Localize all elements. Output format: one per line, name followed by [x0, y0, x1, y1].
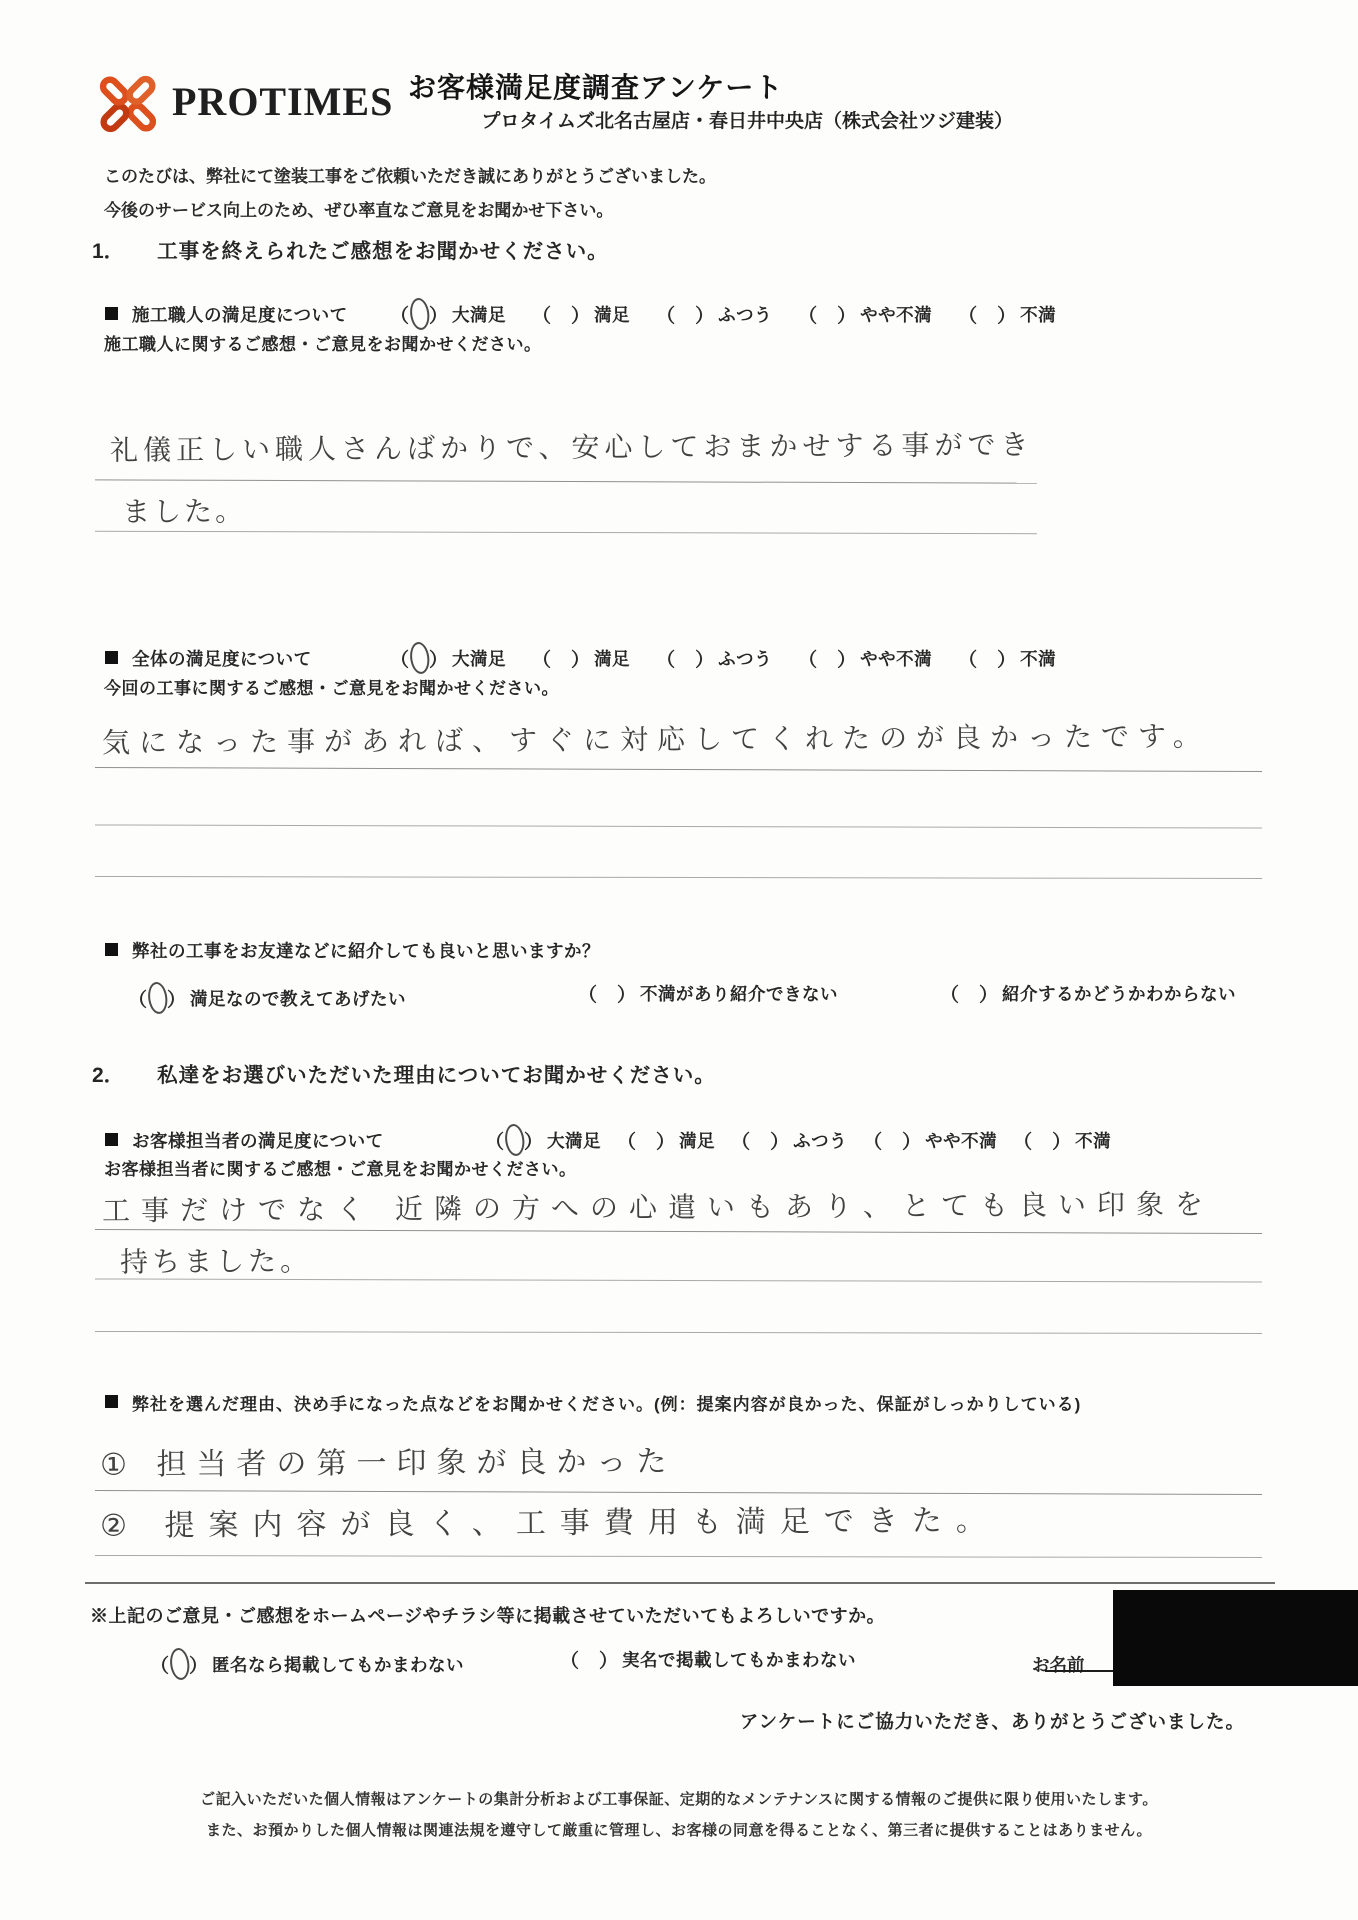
- bullet-square-icon: [105, 1133, 118, 1146]
- option-dissatisfied: （）不満: [1013, 1127, 1111, 1154]
- handwritten-answer: ました。: [122, 490, 246, 531]
- answer-line: [95, 1278, 1262, 1282]
- redacted-name-box: [1113, 1590, 1358, 1686]
- worker-comment-prompt: 施工職人に関するご感想・ご意見をお聞かせください。: [104, 330, 542, 355]
- bullet-square-icon: [105, 1395, 118, 1408]
- section2-title: 私達をお選びいただいた理由についてお聞かせください。: [157, 1064, 716, 1087]
- option-dissatisfied-cannot-recommend: （）不満があり紹介できない: [578, 980, 838, 1007]
- question-label: 弊社を選んだ理由、決め手になった点などをお聞かせください。(例：提案内容が良かっ…: [132, 1390, 1081, 1415]
- option-dissatisfied: （）不満: [958, 645, 1056, 672]
- intro-text: このたびは、弊社にて塗装工事をご依頼いただき誠にありがとうございました。 今後の…: [104, 160, 716, 228]
- overall-comment-prompt: 今回の工事に関するご感想・ご意見をお聞かせください。: [104, 674, 559, 699]
- section2-number: 2．: [92, 1064, 125, 1087]
- option-neutral: （）ふつう: [731, 1127, 847, 1154]
- handwritten-circle-mark: [503, 1123, 526, 1157]
- separator-line: [85, 1582, 1275, 1584]
- rating-options: （）大満足 （）満足 （）ふつう （）やや不満 （）不満: [390, 296, 1056, 333]
- rating-options: （）大満足 （）満足 （）ふつう （）やや不満 （）不満: [485, 1122, 1111, 1159]
- staff-comment-prompt: お客様担当者に関するご感想・ご意見をお聞かせください。: [104, 1155, 577, 1180]
- handwritten-answer: 工事だけでなく 近隣の方への心遣いもあり、とても良い印象を: [102, 1183, 1214, 1230]
- option-very-satisfied: （）大満足: [390, 640, 506, 677]
- question-overall-satisfaction: 全体の満足度について （）大満足 （）満足 （）ふつう （）やや不満 （）不満: [105, 640, 1056, 677]
- name-field-label: お名前: [1032, 1652, 1085, 1677]
- option-satisfied: （）満足: [617, 1127, 715, 1154]
- answer-line: [95, 876, 1262, 879]
- publish-question: ※上記のご意見・ご感想をホームページやチラシ等に掲載させていただいてもよろしいで…: [90, 1602, 885, 1628]
- brand-name: PROTIMES: [172, 78, 393, 125]
- option-neutral: （）ふつう: [656, 645, 772, 672]
- option-dissatisfied: （）不満: [958, 301, 1056, 328]
- scanned-survey-document: PROTIMES お客様満足度調査アンケート プロタイムズ北名古屋店・春日井中央…: [0, 0, 1358, 1920]
- answer-line: [95, 767, 1262, 772]
- question-label: 全体の満足度について: [132, 646, 390, 671]
- question-choice-reason: 弊社を選んだ理由、決め手になった点などをお聞かせください。(例：提案内容が良かっ…: [105, 1390, 1081, 1415]
- section2-heading: 2． 私達をお選びいただいた理由についてお聞かせください。: [92, 1058, 716, 1089]
- bullet-square-icon: [105, 943, 118, 956]
- question-referral: 弊社の工事をお友達などに紹介しても良いと思いますか？: [105, 938, 600, 963]
- option-somewhat-dissatisfied: （）やや不満: [863, 1127, 997, 1154]
- handwritten-answer: ① 担当者の第一印象が良かった: [100, 1436, 677, 1484]
- handwritten-circle-mark: [408, 297, 431, 331]
- option-unsure-recommend: （）紹介するかどうかわからない: [940, 980, 1236, 1007]
- page-title: お客様満足度調査アンケート: [408, 66, 783, 106]
- handwritten-answer: 持ちました。: [120, 1239, 312, 1280]
- privacy-note-line-2: また、お預かりした個人情報は関連法規を遵守して厳重に管理し、お客様の同意を得るこ…: [0, 1819, 1358, 1840]
- thanks-message: アンケートにご協力いただき、ありがとうございました。: [740, 1708, 1245, 1734]
- bullet-square-icon: [105, 307, 118, 320]
- handwritten-answer: 礼儀正しい職人さんばかりで、安心しておまかせする事ができ: [110, 423, 1034, 469]
- answer-line: [95, 824, 1262, 828]
- handwritten-answer: 気になった事があれば、すぐに対応してくれたのが良かったです。: [102, 715, 1210, 762]
- store-subtitle: プロタイムズ北名古屋店・春日井中央店（株式会社ツジ建装）: [481, 106, 1013, 133]
- section1-number: 1．: [92, 240, 125, 263]
- section1-title: 工事を終えられたご感想をお聞かせください。: [157, 240, 609, 263]
- section1-heading: 1． 工事を終えられたご感想をお聞かせください。: [92, 234, 609, 265]
- option-very-satisfied: （）大満足: [485, 1122, 601, 1159]
- bullet-square-icon: [105, 651, 118, 664]
- answer-line: [95, 1555, 1262, 1558]
- option-satisfied-would-recommend: （）満足なので教えてあげたい: [128, 980, 406, 1017]
- question-label: お客様担当者の満足度について: [132, 1128, 485, 1153]
- question-label: 施工職人の満足度について: [132, 302, 390, 327]
- question-worker-satisfaction: 施工職人の満足度について （）大満足 （）満足 （）ふつう （）やや不満 （）不…: [105, 296, 1056, 333]
- option-somewhat-dissatisfied: （）やや不満: [798, 645, 932, 672]
- intro-line-2: 今後のサービス向上のため、ぜひ率直なご意見をお聞かせ下さい。: [104, 194, 716, 228]
- option-somewhat-dissatisfied: （）やや不満: [798, 301, 932, 328]
- privacy-note-line-1: ご記入いただいた個人情報はアンケートの集計分析および工事保証、定期的なメンテナン…: [0, 1788, 1358, 1809]
- answer-line: [95, 531, 1037, 534]
- answer-line: [95, 1490, 1262, 1495]
- option-neutral: （）ふつう: [656, 301, 772, 328]
- referral-options: （）満足なので教えてあげたい （）不満があり紹介できない （）紹介するかどうかわ…: [0, 980, 1358, 1020]
- intro-line-1: このたびは、弊社にて塗装工事をご依頼いただき誠にありがとうございました。: [104, 160, 716, 194]
- protimes-logo-icon: [88, 58, 168, 150]
- question-label: 弊社の工事をお友達などに紹介しても良いと思いますか？: [132, 938, 600, 963]
- option-anonymous-ok: （）匿名なら掲載してもかまわない: [150, 1646, 464, 1683]
- option-satisfied: （）満足: [532, 301, 630, 328]
- handwritten-answer: ② 提案内容が良く、工事費用も満足できた。: [100, 1495, 1000, 1544]
- answer-line: [95, 1331, 1262, 1334]
- handwritten-circle-mark: [146, 981, 169, 1015]
- answer-line: [95, 479, 1037, 483]
- answer-line: [95, 1229, 1262, 1234]
- question-staff-satisfaction: お客様担当者の満足度について （）大満足 （）満足 （）ふつう （）やや不満 （…: [105, 1122, 1111, 1159]
- option-satisfied: （）満足: [532, 645, 630, 672]
- rating-options: （）大満足 （）満足 （）ふつう （）やや不満 （）不満: [390, 640, 1056, 677]
- option-very-satisfied: （）大満足: [390, 296, 506, 333]
- handwritten-circle-mark: [168, 1647, 191, 1681]
- option-real-name-ok: （）実名で掲載してもかまわない: [560, 1646, 856, 1673]
- handwritten-circle-mark: [408, 641, 431, 675]
